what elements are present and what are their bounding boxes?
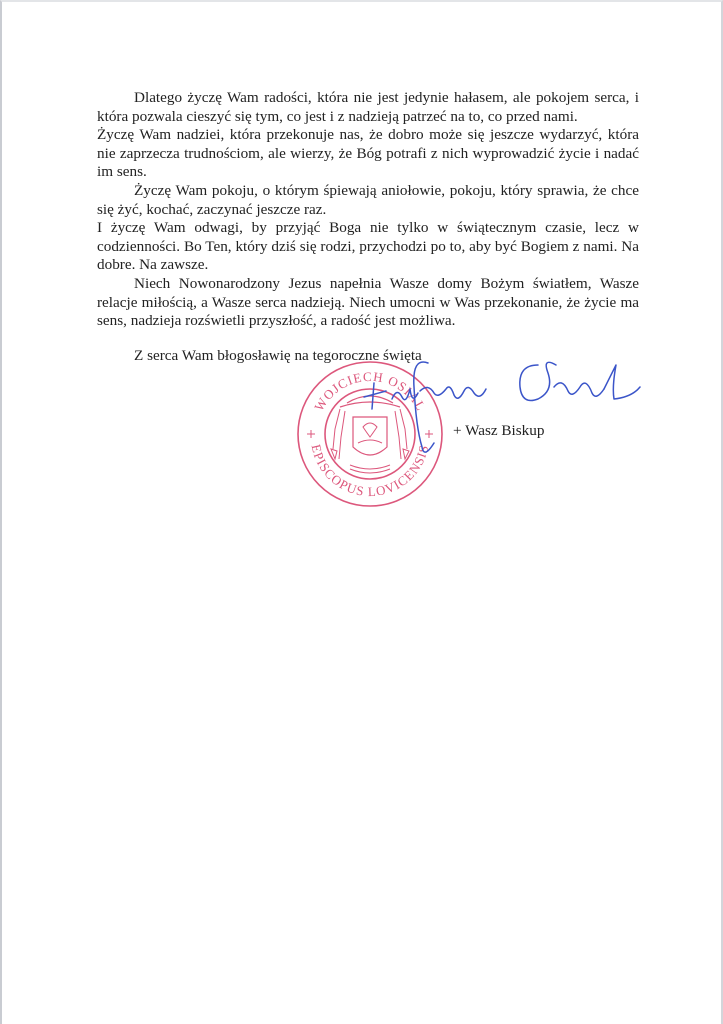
paragraph-joy: Dlatego życzę Wam radości, która nie jes… [97,89,639,126]
paragraph-blessing: Niech Nowonarodzony Jezus napełnia Wasze… [97,275,639,331]
letter-body: Dlatego życzę Wam radości, która nie jes… [97,89,639,331]
paragraph-peace: Życzę Wam pokoju, o którym śpiewają anio… [97,182,639,219]
paragraph-hope: Życzę Wam nadziei, która przekonuje nas,… [97,126,639,182]
handwritten-signature [342,347,642,467]
paragraph-courage: I życzę Wam odwagi, by przyjąć Boga nie … [97,219,639,275]
document-page: Dlatego życzę Wam radości, która nie jes… [0,0,723,1024]
sign-off: + Wasz Biskup [453,422,544,440]
